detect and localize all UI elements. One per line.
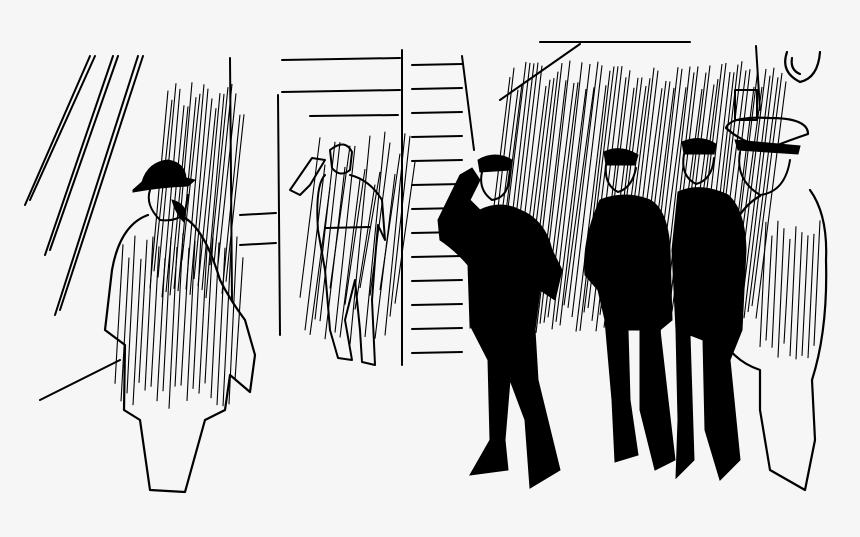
illustration-scene	[0, 0, 860, 537]
ship-deck-illustration	[0, 0, 860, 537]
